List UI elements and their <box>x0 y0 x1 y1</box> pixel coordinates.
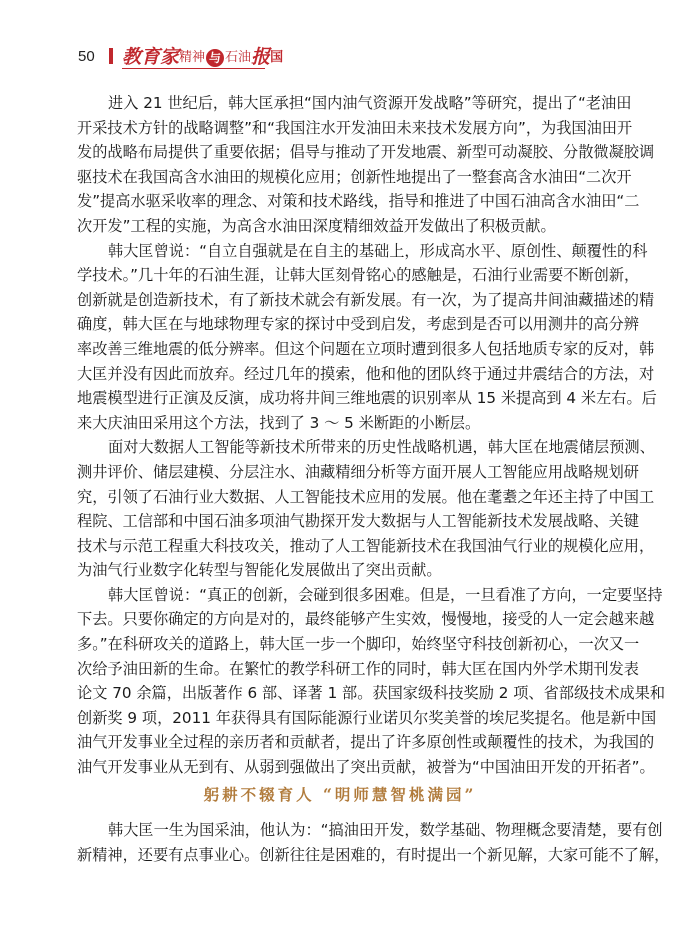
text-line: 确度，韩大匡在与地球物理专家的探讨中受到启发，考虑到是否可以用测井的高分辨 <box>77 312 584 337</box>
section-heading: 躬耕不辍育人 “明师慧智桃满园” <box>0 783 680 805</box>
text-line: 油气开发事业从无到有、从弱到强做出了突出贡献，被誉为“中国油田开发的开拓者”。 <box>77 755 584 780</box>
body-text: 进入 21 世纪后，韩大匡承担“国内油气资源开发战略”等研究，提出了“老油田开采… <box>77 91 584 780</box>
page-number: 50 <box>78 48 102 65</box>
book-title-logo: 教育家 精神 与 石油 报 国 <box>122 44 283 68</box>
text-line: 创新奖 9 项，2011 年获得具有国际能源行业诺贝尔奖美誉的埃尼奖提名。他是新… <box>77 706 584 731</box>
text-line: 韩大匡曾说：“自立自强就是在自主的基础上，形成高水平、原创性、颠覆性的科 <box>77 239 584 264</box>
text-line: 大匡并没有因此而放弃。经过几年的摸索，他和他的团队终于通过井震结合的方法，对 <box>77 362 584 387</box>
text-line: 创新就是创造新技术，有了新技术就会有新发展。有一次，为了提高井间油藏描述的精 <box>77 288 584 313</box>
page-header: 50 教育家 精神 与 石油 报 国 <box>78 44 283 68</box>
text-line: 多。”在科研攻关的道路上，韩大匡一步一个脚印，始终坚守科技创新初心，一次又一 <box>77 632 584 657</box>
text-line: 韩大匡一生为国采油，他认为：“搞油田开发，数学基础、物理概念要清楚，要有创 <box>77 818 584 843</box>
text-line: 新精神，还要有点事业心。创新往往是困难的，有时提出一个新见解，大家可能不了解， <box>77 843 584 868</box>
text-line: 发的战略布局提供了重要依据；倡导与推动了开发地震、新型可动凝胶、分散微凝胶调 <box>77 140 584 165</box>
text-line: 究，引领了石油行业大数据、人工智能技术应用的发展。他在耄耋之年还主持了中国工 <box>77 485 584 510</box>
text-line: 程院、工信部和中国石油多项油气勘探开发大数据与人工智能新技术发展战略、关键 <box>77 509 584 534</box>
text-line: 学技术。”几十年的石油生涯，让韩大匡刻骨铭心的感触是，石油行业需要不断创新， <box>77 263 584 288</box>
text-line: 地震模型进行正演及反演，成功将井间三维地震的识别率从 15 米提高到 4 米左右… <box>77 386 584 411</box>
text-line: 面对大数据人工智能等新技术所带来的历史性战略机遇，韩大匡在地震储层预测、 <box>77 435 584 460</box>
text-line: 次开发”工程的实施，为高含水油田深度精细效益开发做出了积极贡献。 <box>77 214 584 239</box>
body-text-continued: 韩大匡一生为国采油，他认为：“搞油田开发，数学基础、物理概念要清楚，要有创新精神… <box>77 818 584 867</box>
logo-part-2: 精神 <box>179 48 205 68</box>
text-line: 技术与示范工程重大科技攻关，推动了人工智能新技术在我国油气行业的规模化应用， <box>77 534 584 559</box>
text-line: 韩大匡曾说：“真正的创新，会碰到很多困难。但是，一旦看准了方向，一定要坚持 <box>77 583 584 608</box>
text-line: 次给予油田新的生命。在繁忙的教学科研工作的同时，韩大匡在国内外学术期刊发表 <box>77 657 584 682</box>
text-line: 来大庆油田采用这个方法，找到了 3 ～ 5 米断距的小断层。 <box>77 411 584 436</box>
text-line: 论文 70 余篇，出版著作 6 部、译著 1 部。获国家级科技奖励 2 项、省部… <box>77 681 584 706</box>
text-line: 驱技术在我国高含水油田的规模化应用；创新性地提出了一整套高含水油田“二次开 <box>77 165 584 190</box>
text-line: 开采技术方针的战略调整”和“我国注水开发油田未来技术发展方向”，为我国油田开 <box>77 116 584 141</box>
logo-part-1: 教育家 <box>122 46 179 68</box>
header-divider-bar <box>109 48 113 64</box>
logo-part-4: 报 <box>251 46 270 68</box>
logo-circle-char: 与 <box>206 49 224 67</box>
text-line: 进入 21 世纪后，韩大匡承担“国内油气资源开发战略”等研究，提出了“老油田 <box>77 91 584 116</box>
text-line: 率改善三维地震的低分辨率。但这个问题在立项时遭到很多人包括地质专家的反对，韩 <box>77 337 584 362</box>
text-line: 下去。只要你确定的方向是对的，最终能够产生实效，慢慢地，接受的人一定会越来越 <box>77 607 584 632</box>
text-line: 为油气行业数字化转型与智能化发展做出了突出贡献。 <box>77 558 584 583</box>
logo-part-3: 石油 <box>225 48 251 68</box>
logo-part-5: 国 <box>270 48 283 68</box>
text-line: 发”提高水驱采收率的理念、对策和技术路线，指导和推进了中国石油高含水油田“二 <box>77 189 584 214</box>
text-line: 油气开发事业全过程的亲历者和贡献者，提出了许多原创性或颠覆性的技术，为我国的 <box>77 730 584 755</box>
logo-underline <box>122 68 265 69</box>
text-line: 测井评价、储层建模、分层注水、油藏精细分析等方面开展人工智能应用战略规划研 <box>77 460 584 485</box>
